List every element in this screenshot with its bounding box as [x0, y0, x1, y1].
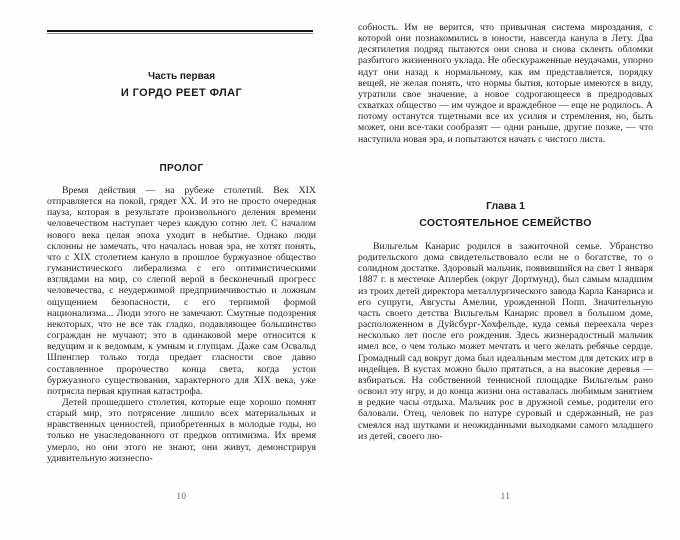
right-page-continuation: собность. Им не верится, что привычная с…	[358, 22, 653, 145]
book-spread: Часть первая И ГОРДО РЕЕТ ФЛАГ ПРОЛОГ Вр…	[0, 0, 680, 540]
part-label: Часть первая	[47, 70, 316, 83]
right-page-body: Вильгельм Канарис родился в зажиточной с…	[358, 241, 653, 442]
chapter-label: Глава 1	[358, 200, 653, 213]
chapter-title: СОСТОЯТЕЛЬНОЕ СЕМЕЙСТВО	[358, 217, 653, 230]
page-left: Часть первая И ГОРДО РЕЕТ ФЛАГ ПРОЛОГ Вр…	[47, 0, 316, 540]
page-number-left: 10	[47, 491, 316, 501]
page-right: собность. Им не верится, что привычная с…	[358, 0, 653, 540]
part-opening-rule	[47, 30, 313, 34]
paragraph: Детей прошедшего столетия, которые еще х…	[47, 397, 316, 464]
part-title: И ГОРДО РЕЕТ ФЛАГ	[47, 87, 316, 100]
continuation-paragraph: собность. Им не верится, что привычная с…	[358, 22, 653, 145]
page-number-right: 11	[358, 491, 653, 501]
left-page-body: Время действия — на рубеже столетий. Век…	[47, 185, 316, 464]
paragraph: Вильгельм Канарис родился в зажиточной с…	[358, 241, 653, 442]
prologue-heading: ПРОЛОГ	[47, 162, 316, 175]
paragraph: Время действия — на рубеже столетий. Век…	[47, 185, 316, 397]
